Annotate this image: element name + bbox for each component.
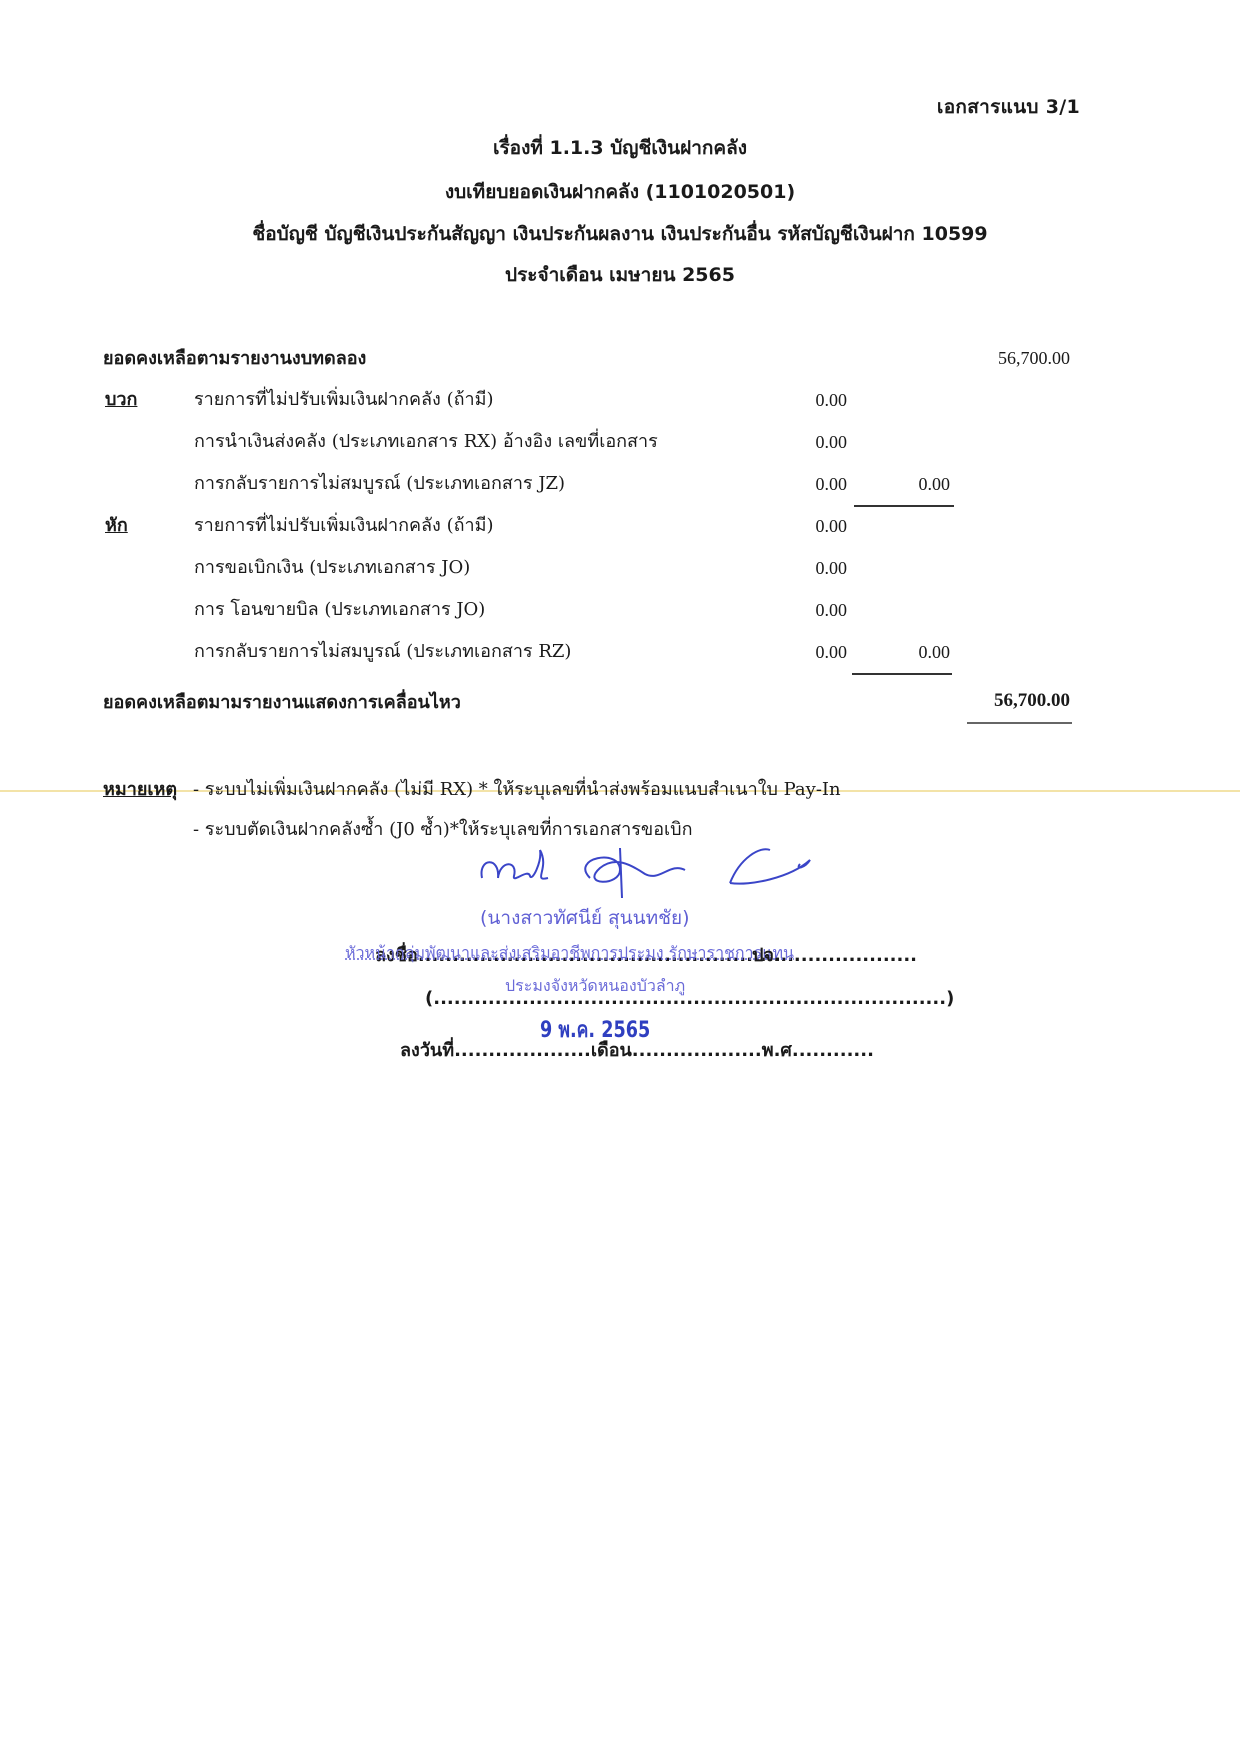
note-line: - ระบบไม่เพิ่มเงินฝากคลัง (ไม่มี RX) * ใ…: [193, 774, 841, 803]
less-item-label: การขอเบิกเงิน (ประเภทเอกสาร JO): [194, 552, 470, 581]
notes-label: หมายเหตุ: [103, 774, 177, 803]
add-item-amount: 0.00: [737, 474, 847, 495]
document-title: เรื่องที่ 1.1.3 บัญชีเงินฝากคลัง: [0, 133, 1240, 163]
less-section-label: หัก: [105, 510, 128, 539]
less-item-amount: 0.00: [737, 642, 847, 663]
add-item-label: รายการที่ไม่ปรับเพิ่มเงินฝากคลัง (ถ้ามี): [194, 384, 493, 413]
account-name-line: ชื่อบัญชี บัญชีเงินประกันสัญญา เงินประกั…: [0, 219, 1240, 249]
name-parentheses-line: (.......................................…: [425, 988, 954, 1009]
add-subtotal-rule: [854, 505, 954, 507]
add-section-label: บวก: [105, 384, 137, 413]
less-item-amount: 0.00: [737, 558, 847, 579]
opening-balance-amount: 56,700.00: [960, 348, 1070, 369]
closing-balance-amount: 56,700.00: [940, 690, 1070, 712]
signer-name-stamp: (นางสาวทัศนีย์ สุนนทชัย): [480, 903, 690, 933]
less-item-amount: 0.00: [737, 516, 847, 537]
position-stamp: หัวหน้ากลุ่มพัฒนาและส่งเสริมอาชีพการประม…: [345, 941, 794, 966]
closing-balance-double-rule: [967, 722, 1072, 724]
less-item-amount: 0.00: [737, 600, 847, 621]
document-subtitle: งบเทียบยอดเงินฝากคลัง (1101020501): [0, 177, 1240, 207]
add-item-label: การกลับรายการไม่สมบูรณ์ (ประเภทเอกสาร JZ…: [194, 468, 565, 497]
less-item-label: การ โอนขายบิล (ประเภทเอกสาร JO): [194, 594, 485, 623]
opening-balance-label: ยอดคงเหลือตามรายงานงบทดลอง: [103, 343, 366, 372]
less-item-label: รายการที่ไม่ปรับเพิ่มเงินฝากคลัง (ถ้ามี): [194, 510, 493, 539]
attachment-label: เอกสารแนบ 3/1: [937, 92, 1080, 122]
closing-balance-label: ยอดคงเหลือตมามรายงานแสดงการเคลื่อนไหว: [103, 687, 461, 716]
date-line: ลงวันที่....................เดือน.......…: [400, 1035, 874, 1064]
period-line: ประจำเดือน เมษายน 2565: [0, 260, 1240, 290]
add-item-label: การนำเงินส่งคลัง (ประเภทเอกสาร RX) อ้างอ…: [194, 426, 658, 455]
less-subtotal-rule: [852, 673, 952, 675]
less-item-label: การกลับรายการไม่สมบูรณ์ (ประเภทเอกสาร RZ…: [194, 636, 571, 665]
add-subtotal: 0.00: [840, 474, 950, 495]
add-item-amount: 0.00: [737, 390, 847, 411]
sign-position-suffix: ปจ.: [752, 940, 781, 969]
add-item-amount: 0.00: [737, 432, 847, 453]
less-subtotal: 0.00: [840, 642, 950, 663]
handwritten-signature-icon: [470, 838, 830, 898]
